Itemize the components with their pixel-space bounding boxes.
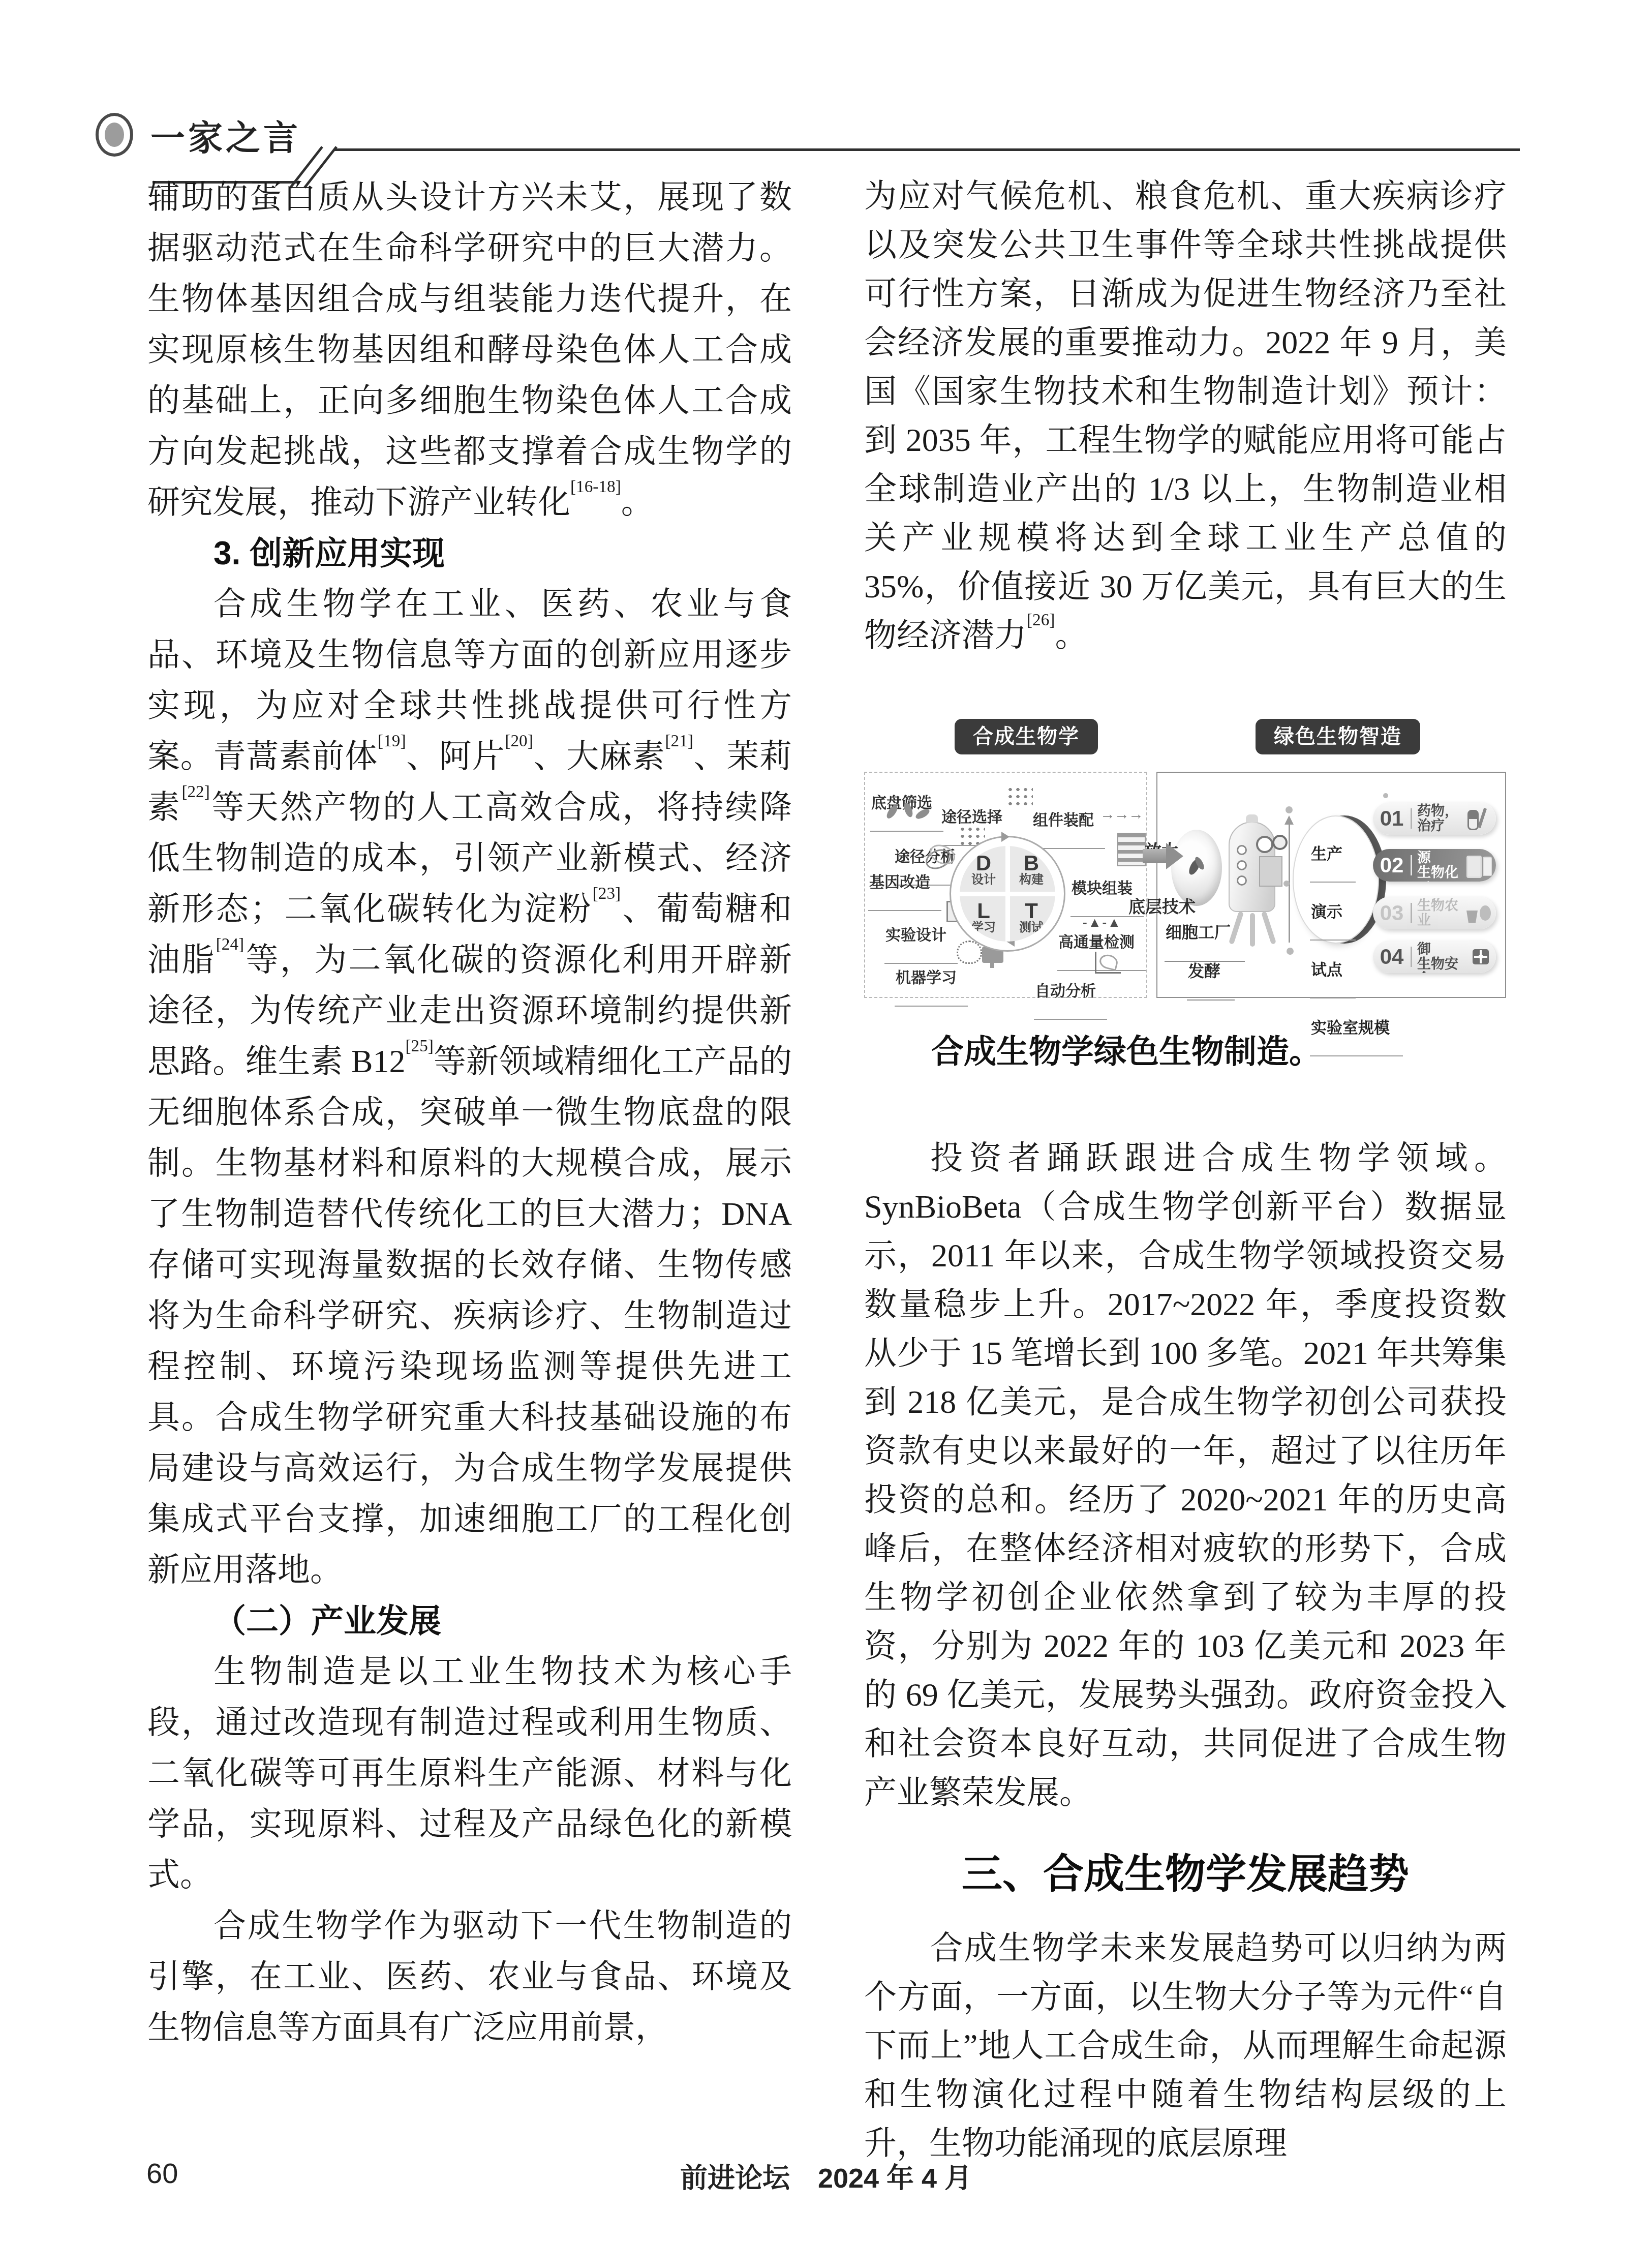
pill-label: 药物，治疗 xyxy=(1412,804,1465,833)
medicine-icon xyxy=(1465,807,1492,830)
pathway-dots-icon xyxy=(1006,786,1033,809)
pill-label: 生物能源生物化工 xyxy=(1412,849,1465,882)
application-pill-04: 04生物防御生物安全 xyxy=(1373,941,1496,973)
scale-up-arrow-icon xyxy=(1143,849,1166,863)
pill-number: 01 xyxy=(1373,802,1411,835)
figure-caption: 合成生物学绿色生物制造。 xyxy=(864,1030,1507,1074)
right-column-top: 为应对气候危机、粮食危机、重大疾病诊疗以及突发公共卫生事件等全球共性挑战提供可行… xyxy=(864,172,1507,660)
letter-l: L xyxy=(977,901,990,921)
figure-chip-green-biomanufacturing: 绿色生物智造 xyxy=(1256,719,1420,754)
pill-label: 生物防御生物安全 xyxy=(1412,941,1465,973)
left-column: 辅助的蛋白质从头设计方兴未艾，展现了数据驱动范式在生命科学研究中的巨大潜力。生物… xyxy=(147,172,792,2053)
label-design: 设计 xyxy=(971,873,996,887)
figure-synbio-green-manufacturing: 合成生物学 绿色生物智造 底盘筛选 途径选择 组件装配 →→→ 途径分析 模块组… xyxy=(864,719,1507,1004)
section-heading-trends: 三、合成生物学发展趋势 xyxy=(864,1845,1507,1902)
column-tag: 一家之言 xyxy=(150,111,301,160)
journal-page: 一家之言 辅助的蛋白质从头设计方兴未艾，展现了数据驱动范式在生命科学研究中的巨大… xyxy=(0,0,1652,2242)
label-automated-analysis: 自动分析 xyxy=(1034,967,1107,1020)
issue-date: 2024 年 4 月 xyxy=(818,2163,972,2194)
plant-icon xyxy=(1465,901,1492,925)
right-column: 为应对气候危机、粮食危机、重大疾病诊疗以及突发公共卫生事件等全球共性挑战提供可行… xyxy=(864,172,1507,2168)
medkit-icon xyxy=(1465,945,1492,968)
fermenter-leg xyxy=(1250,913,1255,947)
pill-number: 02 xyxy=(1373,849,1411,882)
figure-panel-dbtl: 底盘筛选 途径选择 组件装配 →→→ 途径分析 模块组装 基因改造 实验设计 ‑… xyxy=(864,772,1147,998)
pill-number: 04 xyxy=(1373,941,1411,973)
cycle-arrowhead-icon xyxy=(1001,832,1009,842)
paragraph-protein-design: 辅助的蛋白质从头设计方兴未艾，展现了数据驱动范式在生命科学研究中的巨大潜力。生物… xyxy=(147,172,792,528)
decor-dot xyxy=(1287,948,1294,955)
paragraph-future-trends: 合成生物学未来发展趋势可以归纳为两个方面，一方面，以生物大分子等为元件“自下而上… xyxy=(864,1924,1507,2168)
footer-journal-line: 前进论坛 2024 年 4 月 xyxy=(0,2157,1652,2196)
application-pill-01: 01药物，治疗 xyxy=(1373,802,1496,835)
letter-b: B xyxy=(1024,853,1039,873)
heading-innovation-application: 3. 创新应用实现 xyxy=(147,528,792,579)
figure-panel-manufacturing: 细胞工厂 发酵 生产演示试点实验室规模 01药物，治疗02生物能源生物化工03生… xyxy=(1156,772,1506,998)
pill-number: 03 xyxy=(1373,897,1411,929)
letter-d: D xyxy=(976,853,991,873)
paragraph-innovation: 合成生物学在工业、医药、农业与食品、环境及生物信息等方面的创新应用逐步实现，为应… xyxy=(147,579,792,1595)
letter-t: T xyxy=(1025,901,1038,921)
paragraph-global-challenges: 为应对气候危机、粮食危机、重大疾病诊疗以及突发公共卫生事件等全球共性挑战提供可行… xyxy=(864,172,1507,660)
journal-name: 前进论坛 xyxy=(680,2163,790,2194)
scale-step-label: 试点 xyxy=(1310,946,1356,998)
section-badge-icon xyxy=(96,113,133,157)
application-pill-02: 02生物能源生物化工 xyxy=(1373,849,1496,882)
label-base-technology: 底层技术 xyxy=(1128,883,1196,931)
fermenter-icon xyxy=(1229,822,1275,912)
scale-step-label: 实验室规模 xyxy=(1310,1004,1403,1056)
figure-chip-synthetic-biology: 合成生物学 xyxy=(955,719,1098,754)
label-machine-learning: 机器学习 xyxy=(895,954,968,1007)
label-test: 测试 xyxy=(1019,921,1044,934)
paragraph-biomanufacturing: 生物制造是以工业生物技术为核心手段，通过改造现有制造过程或利用生物质、二氧化碳等… xyxy=(147,1646,792,1900)
fermenter-leg xyxy=(1261,911,1276,945)
brick-module-icon xyxy=(1117,833,1146,866)
quadrant-design: D 设计 xyxy=(960,846,1007,894)
label-build: 构建 xyxy=(1019,873,1044,887)
assembly-arrows-icon: →→→ xyxy=(1100,790,1143,839)
decor-dot xyxy=(1286,806,1293,813)
label-learn: 学习 xyxy=(971,921,996,934)
paragraph-investment: 投资者踊跃跟进合成生物学领域。SynBioBeta（合成生物学创新平台）数据显示… xyxy=(864,1134,1507,1817)
pill-label: 生物农业 xyxy=(1412,898,1465,928)
paragraph-engine: 合成生物学作为驱动下一代生物制造的引擎，在工业、医药、农业与食品、环境及生物信息… xyxy=(147,1900,792,2053)
dbtl-quadrants: D 设计 B 构建 L 学习 T 测试 xyxy=(960,846,1055,942)
label-component-assembly: 组件装配 xyxy=(1032,796,1105,849)
decor-dot xyxy=(1283,881,1290,887)
header-rule-long xyxy=(334,148,1520,151)
decor-dot xyxy=(1383,793,1388,798)
chart-icon xyxy=(1095,952,1121,974)
application-pill-03: 03生物农业 xyxy=(1373,897,1496,929)
heading-industry-development: （二）产业发展 xyxy=(147,1595,792,1646)
fuel-pump-icon xyxy=(1465,854,1492,877)
scale-step-label: 演示 xyxy=(1310,888,1356,941)
label-fermentation: 发酵 xyxy=(1187,947,1235,1001)
quadrant-learn: L 学习 xyxy=(960,894,1007,942)
right-column-bottom: 投资者踊跃跟进合成生物学领域。SynBioBeta（合成生物学创新平台）数据显示… xyxy=(864,1134,1507,2168)
quadrant-test: T 测试 xyxy=(1007,894,1055,942)
scale-step-label: 生产 xyxy=(1310,830,1356,883)
quadrant-build: B 构建 xyxy=(1007,846,1055,894)
